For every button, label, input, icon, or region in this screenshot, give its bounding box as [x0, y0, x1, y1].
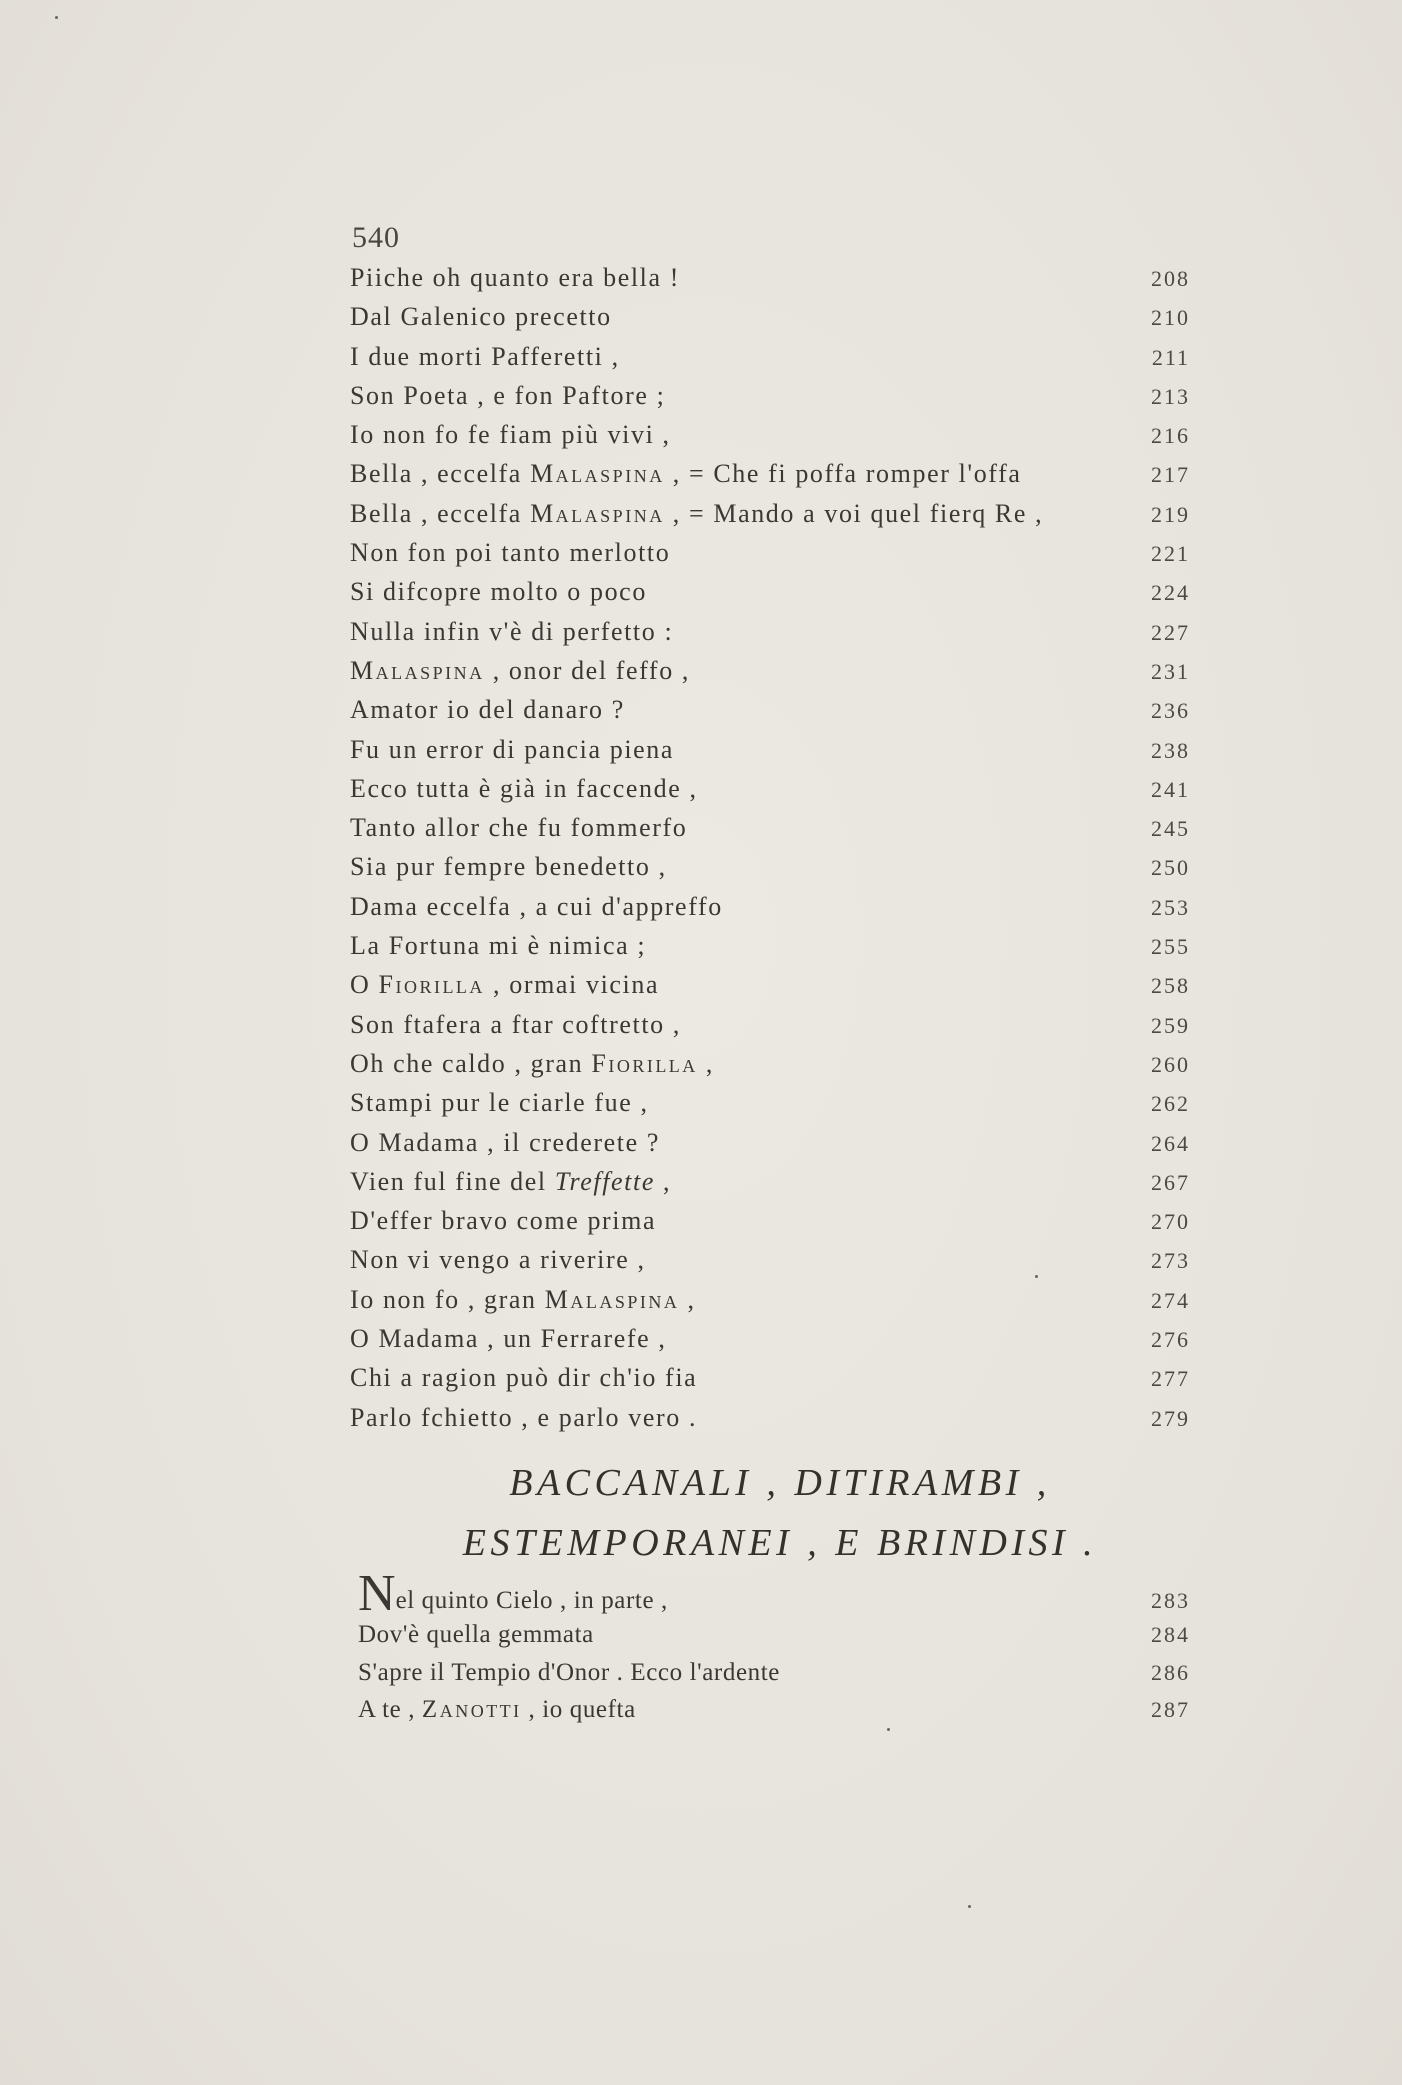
entry-page: 219	[1130, 495, 1190, 534]
entry-title: Si difcopre molto o poco	[350, 572, 1130, 611]
index-entry: I due morti Pafferetti ,211	[350, 337, 1190, 376]
index-entry: Vien ful fine del Treffette ,267	[350, 1162, 1190, 1201]
title-text: , onor del feffo ,	[485, 656, 690, 685]
entry-page: 210	[1130, 298, 1190, 337]
entry-title: O Fiorilla , ormai vicina	[350, 965, 1130, 1004]
entry-title: I due morti Pafferetti ,	[350, 337, 1130, 376]
entry-title: Chi a ragion può dir ch'io fia	[350, 1358, 1130, 1397]
title-text: Bella , eccelfa	[350, 499, 530, 528]
index-entry: Io non fo , gran Malaspina ,274	[350, 1280, 1190, 1319]
entry-page: 276	[1130, 1320, 1190, 1359]
index-entry: D'effer bravo come prima270	[350, 1201, 1190, 1240]
entry-page: 238	[1130, 731, 1190, 770]
entry-page: 255	[1130, 927, 1190, 966]
index-entry: Non vi vengo a riverire ,273	[350, 1240, 1190, 1279]
entry-title: Parlo fchietto , e parlo vero .	[350, 1398, 1130, 1437]
entry-page: 277	[1130, 1359, 1190, 1398]
entry-title: Non fon poi tanto merlotto	[350, 533, 1130, 572]
entry-page: 211	[1130, 338, 1190, 377]
entry-page: 224	[1130, 573, 1190, 612]
paper-speck	[1035, 1275, 1038, 1278]
name-smallcaps: Malaspina	[350, 656, 485, 685]
index-entry: O Madama , il crederete ?264	[350, 1123, 1190, 1162]
entry-title: Ecco tutta è già in faccende ,	[350, 769, 1130, 808]
title-text: Oh che caldo , gran	[350, 1049, 591, 1078]
entry-title: Io non fo fe fiam più vivi ,	[350, 415, 1130, 454]
index-entry: Chi a ragion può dir ch'io fia277	[350, 1358, 1190, 1397]
index-entry: Piiche oh quanto era bella !208	[350, 258, 1190, 297]
entry-page: 245	[1130, 809, 1190, 848]
title-text: , = Che fi poffa romper l'offa	[665, 459, 1022, 488]
index-entry: Sia pur fempre benedetto ,250	[350, 847, 1190, 886]
entry-title: D'effer bravo come prima	[350, 1201, 1130, 1240]
index-entry: Nulla infin v'è di perfetto :227	[350, 612, 1190, 651]
entry-title: Dama eccelfa , a cui d'appreffo	[350, 887, 1130, 926]
entry-page: 227	[1130, 613, 1190, 652]
index-entry: Amator io del danaro ?236	[350, 690, 1190, 729]
index-entry: Tanto allor che fu fommerfo245	[350, 808, 1190, 847]
title-text: ,	[679, 1285, 695, 1314]
name-smallcaps: Zanotti	[422, 1696, 522, 1723]
entry-page: 250	[1130, 848, 1190, 887]
entry-page: 267	[1130, 1163, 1190, 1202]
title-text: , ormai vicina	[485, 970, 659, 999]
index-entry: Stampi pur le ciarle fue ,262	[350, 1083, 1190, 1122]
title-text: , = Mando a voi quel fierq Re ,	[665, 499, 1044, 528]
entry-title: Son ftafera a ftar coftretto ,	[350, 1005, 1130, 1044]
paper-speck	[887, 1728, 890, 1731]
entry-page: 260	[1130, 1045, 1190, 1084]
index-entry: O Madama , un Ferrarefe ,276	[350, 1319, 1190, 1358]
index-entry: Non fon poi tanto merlotto221	[350, 533, 1190, 572]
name-smallcaps: Malaspina	[545, 1285, 680, 1314]
entry-page: 236	[1130, 691, 1190, 730]
name-smallcaps: Malaspina	[530, 459, 665, 488]
title-text: Vien ful fine del	[350, 1167, 555, 1196]
title-text: , io quefta	[522, 1696, 636, 1723]
index-entry: Dama eccelfa , a cui d'appreffo253	[350, 887, 1190, 926]
entry-title: Piiche oh quanto era bella !	[350, 258, 1130, 297]
index-entry: Son Poeta , e fon Paftore ;213	[350, 376, 1190, 415]
entry-title: Tanto allor che fu fommerfo	[350, 808, 1130, 847]
index-entry: La Fortuna mi è nimica ;255	[350, 926, 1190, 965]
entry-title: Dal Galenico precetto	[350, 297, 1130, 336]
entry-page: 274	[1130, 1281, 1190, 1320]
title-text: el quinto Cielo , in parte ,	[396, 1587, 668, 1614]
title-text: A te ,	[358, 1696, 422, 1723]
entry-page: 283	[1130, 1582, 1190, 1620]
entry-title: La Fortuna mi è nimica ;	[350, 926, 1130, 965]
index-entry: Bella , eccelfa Malaspina , = Mando a vo…	[350, 494, 1190, 533]
index-entry: O Fiorilla , ormai vicina258	[350, 965, 1190, 1004]
title-text: Bella , eccelfa	[350, 459, 530, 488]
entry-title: O Madama , il crederete ?	[350, 1123, 1130, 1162]
section-heading-line: ESTEMPORANEI , E BRINDISI .	[370, 1513, 1190, 1573]
name-smallcaps: Malaspina	[530, 499, 665, 528]
title-text: ,	[655, 1167, 671, 1196]
title-text: O	[350, 970, 378, 999]
index-entry: Fu un error di pancia piena238	[350, 730, 1190, 769]
entry-title: Bella , eccelfa Malaspina , = Che fi pof…	[350, 454, 1130, 493]
entry-title: Nel quinto Cielo , in parte ,	[358, 1579, 1130, 1620]
index-entry: Oh che caldo , gran Fiorilla ,260	[350, 1044, 1190, 1083]
index-entry: Malaspina , onor del feffo ,231	[350, 651, 1190, 690]
index-entry: Nel quinto Cielo , in parte ,283	[350, 1579, 1190, 1617]
page-number: 540	[352, 218, 1190, 258]
entry-page: 221	[1130, 534, 1190, 573]
index-entry: Son ftafera a ftar coftretto ,259	[350, 1005, 1190, 1044]
entry-title: Oh che caldo , gran Fiorilla ,	[350, 1044, 1130, 1083]
entry-title: Malaspina , onor del feffo ,	[350, 651, 1130, 690]
index-entry: Si difcopre molto o poco224	[350, 572, 1190, 611]
section-index-list: Nel quinto Cielo , in parte ,283 Dov'è q…	[350, 1579, 1190, 1729]
entry-title: Amator io del danaro ?	[350, 690, 1130, 729]
section-heading-line: BACCANALI , DITIRAMBI ,	[370, 1453, 1190, 1513]
entry-title: Dov'è quella gemmata	[358, 1616, 1130, 1654]
index-entry: S'apre il Tempio d'Onor . Ecco l'ardente…	[350, 1654, 1190, 1692]
paper-speck	[968, 1905, 971, 1908]
entry-page: 213	[1130, 377, 1190, 416]
entry-title: Stampi pur le ciarle fue ,	[350, 1083, 1130, 1122]
entry-title: Son Poeta , e fon Paftore ;	[350, 376, 1130, 415]
entry-title: Sia pur fempre benedetto ,	[350, 847, 1130, 886]
name-smallcaps: Fiorilla	[591, 1049, 697, 1078]
entry-title: S'apre il Tempio d'Onor . Ecco l'ardente	[358, 1654, 1130, 1692]
index-entry: Parlo fchietto , e parlo vero .279	[350, 1398, 1190, 1437]
entry-page: 259	[1130, 1006, 1190, 1045]
entry-page: 279	[1130, 1399, 1190, 1438]
title-text: ,	[698, 1049, 714, 1078]
index-entry: Dal Galenico precetto210	[350, 297, 1190, 336]
index-entry: Dov'è quella gemmata284	[350, 1616, 1190, 1654]
entry-page: 253	[1130, 888, 1190, 927]
index-entry: Io non fo fe fiam più vivi ,216	[350, 415, 1190, 454]
entry-page: 241	[1130, 770, 1190, 809]
entry-title: Io non fo , gran Malaspina ,	[350, 1280, 1130, 1319]
entry-title: Non vi vengo a riverire ,	[350, 1240, 1130, 1279]
entry-page: 262	[1130, 1084, 1190, 1123]
entry-page: 270	[1130, 1202, 1190, 1241]
section-heading: BACCANALI , DITIRAMBI , ESTEMPORANEI , E…	[370, 1453, 1190, 1573]
name-smallcaps: Fiorilla	[378, 970, 484, 999]
index-list: Piiche oh quanto era bella !208 Dal Gale…	[350, 258, 1190, 1437]
drop-cap: N	[358, 1565, 396, 1622]
entry-title: Bella , eccelfa Malaspina , = Mando a vo…	[350, 494, 1130, 533]
book-page: 540 Piiche oh quanto era bella !208 Dal …	[350, 218, 1190, 1729]
entry-page: 216	[1130, 416, 1190, 455]
entry-page: 284	[1130, 1616, 1190, 1654]
entry-page: 217	[1130, 455, 1190, 494]
index-entry: Ecco tutta è già in faccende ,241	[350, 769, 1190, 808]
entry-title: A te , Zanotti , io quefta	[358, 1691, 1130, 1729]
entry-page: 264	[1130, 1124, 1190, 1163]
index-entry: Bella , eccelfa Malaspina , = Che fi pof…	[350, 454, 1190, 493]
entry-page: 258	[1130, 966, 1190, 1005]
entry-title: O Madama , un Ferrarefe ,	[350, 1319, 1130, 1358]
entry-page: 208	[1130, 259, 1190, 298]
entry-page: 231	[1130, 652, 1190, 691]
index-entry: A te , Zanotti , io quefta287	[350, 1691, 1190, 1729]
entry-page: 286	[1130, 1654, 1190, 1692]
title-italic: Treffette	[555, 1167, 655, 1196]
entry-page: 273	[1130, 1241, 1190, 1280]
entry-title: Fu un error di pancia piena	[350, 730, 1130, 769]
paper-speck	[55, 16, 58, 19]
title-text: Io non fo , gran	[350, 1285, 545, 1314]
entry-title: Vien ful fine del Treffette ,	[350, 1162, 1130, 1201]
entry-title: Nulla infin v'è di perfetto :	[350, 612, 1130, 651]
entry-page: 287	[1130, 1691, 1190, 1729]
